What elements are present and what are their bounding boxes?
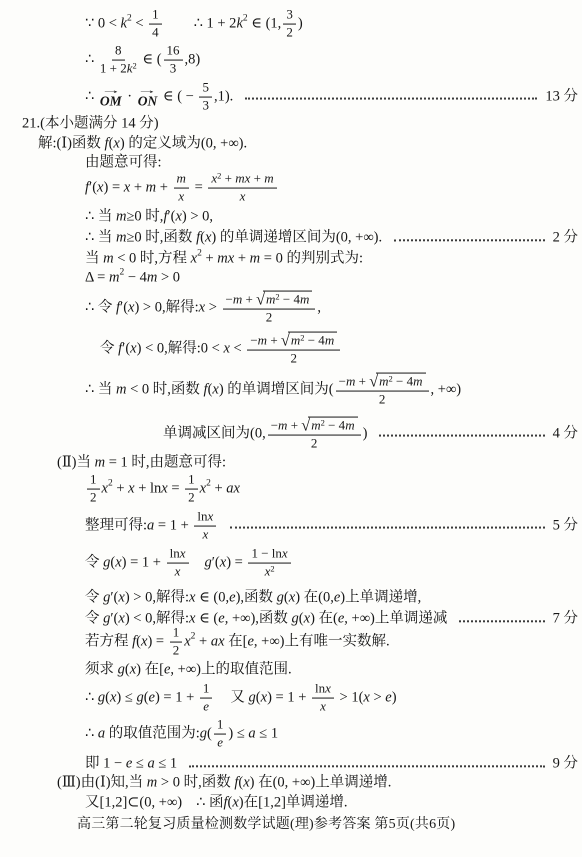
text-run: ,1). bbox=[214, 88, 237, 105]
line-23: 须求 g(x) 在[e, +∞)上的取值范围. bbox=[85, 661, 292, 678]
fraction: 1e bbox=[214, 718, 227, 751]
text-run: = 1 时,由题意可得: bbox=[105, 454, 226, 471]
text-run: ) > 0,解得: bbox=[125, 589, 189, 606]
math-var: m bbox=[146, 179, 156, 196]
line-11: Δ = m2 − 4m > 0 bbox=[85, 269, 180, 286]
text-run: ) = bbox=[103, 179, 123, 196]
math-var: m bbox=[258, 333, 267, 348]
line-27: (Ⅲ)由(Ⅰ)知,当 m > 0 时,函数 f(x) 在(0, +∞)上单调递增… bbox=[57, 774, 391, 791]
math-var: m bbox=[233, 292, 242, 307]
math-var: x bbox=[320, 699, 326, 714]
superscript: 2 bbox=[206, 479, 211, 489]
text-run: 1 bbox=[90, 472, 97, 487]
fraction: mx bbox=[174, 172, 189, 205]
text-run: − 4 bbox=[393, 374, 413, 389]
math-var: x bbox=[240, 189, 246, 204]
text-run: 2 分 bbox=[553, 229, 578, 246]
line-17: 12x2 + x + lnx = 12x2 + ax bbox=[85, 473, 240, 506]
text-run: ∴ bbox=[85, 51, 98, 68]
denominator: 3 bbox=[202, 98, 209, 114]
text-run: ) bbox=[392, 689, 397, 706]
text-run: Δ = bbox=[85, 269, 109, 286]
text-run: ∴ 函 bbox=[196, 794, 223, 811]
math-var: g bbox=[136, 689, 143, 706]
square-root: √m2 − 4m bbox=[301, 417, 357, 434]
line-4: 21.(本小题满分 14 分) bbox=[22, 115, 159, 132]
fraction: 12 bbox=[87, 473, 100, 506]
text-run: ) bbox=[363, 425, 371, 442]
math-var: m bbox=[147, 774, 157, 791]
text-run: ′( bbox=[212, 554, 220, 571]
text-run: < 0 时,方程 bbox=[114, 250, 191, 267]
dotted-leader bbox=[394, 239, 545, 241]
text-run: )在[1,2]单调递增. bbox=[239, 794, 348, 811]
text-run: + bbox=[355, 374, 369, 389]
denominator: 4 bbox=[152, 25, 159, 41]
text-run: + bbox=[195, 633, 210, 650]
math-var: a bbox=[248, 725, 255, 742]
text-run: 若方程 bbox=[85, 633, 132, 650]
text-run: ∴ bbox=[85, 88, 98, 105]
text-run: 1 bbox=[152, 7, 159, 22]
line-22: 若方程 f(x) = 12x2 + ax 在[e, +∞)上有唯一实数解. bbox=[85, 626, 390, 659]
text-run: < bbox=[230, 340, 245, 357]
denominator: x bbox=[240, 189, 246, 205]
line-12: ∴ 令 f′(x) > 0,解得:x > −m + √m2 − 4m2, bbox=[85, 291, 321, 326]
math-var: m bbox=[264, 171, 273, 186]
text-run: ) bbox=[298, 15, 303, 32]
text-run: 须求 bbox=[85, 661, 118, 678]
text-run: 整理可得: bbox=[85, 517, 147, 534]
math-var: m bbox=[116, 381, 126, 398]
text-run: 2 bbox=[311, 436, 318, 451]
numerator: 1 bbox=[200, 682, 213, 699]
line-13: 令 f′(x) < 0,解得:0 < x < −m + √m2 − 4m2 bbox=[100, 332, 342, 367]
denominator: 2 bbox=[266, 310, 273, 326]
text-run: 13 分 bbox=[545, 88, 578, 105]
vector-arrow-icon: → bbox=[100, 86, 121, 94]
numerator: lnx bbox=[194, 510, 216, 527]
text-run: )上单调递增, bbox=[340, 589, 421, 606]
numerator: 16 bbox=[164, 44, 183, 61]
text-run: 令 bbox=[85, 554, 103, 571]
fraction: 14 bbox=[149, 8, 162, 41]
text-run: < 0 时,函数 bbox=[126, 381, 203, 398]
vector: →OM bbox=[100, 86, 122, 108]
math-var: e bbox=[217, 735, 223, 750]
line-16: (Ⅱ)当 m = 1 时,由题意可得: bbox=[57, 454, 226, 471]
math-var: m bbox=[346, 374, 355, 389]
math-var: m bbox=[95, 454, 105, 471]
line-18: 整理可得:a = 1 + lnxx 5 分 bbox=[85, 510, 578, 543]
text-run: 1 − ln bbox=[251, 546, 281, 561]
text-run: 7 分 bbox=[553, 610, 578, 627]
fraction: x2 + mx + mx bbox=[208, 172, 276, 205]
text-run: 当 bbox=[85, 250, 103, 267]
fraction: 163 bbox=[164, 44, 183, 77]
text-run: ) 在[ bbox=[136, 661, 164, 678]
text-run: · bbox=[124, 88, 136, 105]
text-run: ) = 1 + bbox=[122, 554, 165, 571]
radical-sign-icon: √ bbox=[301, 418, 310, 434]
math-var: m bbox=[147, 269, 157, 286]
page-footer: 高三第二轮复习质量检测数学试题(理)参考答案 第5页(共6页) bbox=[77, 813, 455, 833]
text-run: 2 bbox=[266, 310, 273, 325]
superscript: 2 bbox=[108, 479, 113, 489]
text-run: (Ⅲ)由(Ⅰ)知,当 bbox=[57, 774, 147, 791]
text-run: ) > 0,解得: bbox=[134, 299, 198, 316]
text-run: , bbox=[317, 299, 321, 316]
numerator: 3 bbox=[283, 8, 296, 25]
denominator: 2 bbox=[90, 490, 97, 506]
dotted-leader bbox=[379, 435, 545, 437]
text-run: 1 bbox=[217, 717, 224, 732]
text-run: ∵ 0 < bbox=[85, 15, 121, 32]
text-run: 令 bbox=[85, 589, 103, 606]
numerator: 5 bbox=[199, 81, 212, 98]
text-run: + bbox=[202, 250, 217, 267]
dotted-leader bbox=[245, 98, 537, 100]
denominator: 2 bbox=[291, 351, 298, 367]
text-run: ∴ 1 + 2 bbox=[194, 15, 237, 32]
math-var: x bbox=[178, 189, 184, 204]
numerator: lnx bbox=[167, 547, 189, 564]
text-run: + bbox=[242, 292, 256, 307]
radicand: m2 − 4m bbox=[263, 291, 312, 308]
dotted-leader bbox=[459, 620, 545, 622]
numerator: −m + √m2 − 4m bbox=[336, 373, 429, 392]
spacer bbox=[182, 802, 196, 803]
superscript: 2 bbox=[197, 249, 202, 259]
text-run: − 4 bbox=[325, 418, 345, 433]
fraction: −m + √m2 − 4m2 bbox=[268, 417, 361, 452]
text-run: 4 bbox=[152, 25, 159, 40]
math-var: e bbox=[203, 699, 209, 714]
fraction: lnxx bbox=[194, 510, 216, 543]
text-run: + bbox=[287, 418, 301, 433]
text-run: + bbox=[267, 333, 281, 348]
numerator: 8 bbox=[112, 44, 125, 61]
text-run: ,8) bbox=[185, 51, 201, 68]
text-run: 8 bbox=[115, 43, 122, 58]
math-var: m bbox=[177, 171, 186, 186]
text-run: ≥0 时,函数 bbox=[126, 229, 196, 246]
text-run: 2 bbox=[90, 490, 97, 505]
line-3: ∴ →OM · →ON ∈ ( − 53,1). 13 分 bbox=[85, 81, 578, 114]
text-run: 即 1 − bbox=[85, 755, 126, 772]
math-var: ax bbox=[226, 480, 240, 497]
text-run: > bbox=[370, 689, 385, 706]
math-var: x bbox=[175, 564, 181, 579]
numerator: 1 bbox=[87, 473, 100, 490]
text-run: − 4 bbox=[124, 269, 147, 286]
text-run: ≥0 时, bbox=[126, 208, 163, 225]
line-26: 即 1 − e ≤ a ≤ 1 9 分 bbox=[85, 755, 578, 772]
text-run: ) 的单调递增区间为(0, +∞). bbox=[211, 229, 385, 246]
text-run: + bbox=[234, 250, 249, 267]
superscript: 2 bbox=[127, 14, 132, 24]
text-run: = bbox=[191, 179, 206, 196]
denominator: 2 bbox=[286, 25, 293, 41]
dotted-leader bbox=[189, 765, 545, 767]
superscript: 2 bbox=[389, 374, 393, 384]
square-root: √m2 − 4m bbox=[281, 332, 337, 349]
text-run: (Ⅱ)当 bbox=[57, 454, 95, 471]
dotted-leader bbox=[230, 527, 545, 529]
math-var: x bbox=[202, 527, 208, 542]
denominator: 2 bbox=[379, 392, 386, 408]
text-run: , +∞)上有唯一实数解. bbox=[254, 633, 390, 650]
numerator: 1 bbox=[170, 626, 183, 643]
line-8: ∴ 当 m≥0 时,f′(x) > 0, bbox=[85, 208, 213, 225]
numerator: −m + √m2 − 4m bbox=[223, 291, 316, 310]
text-run: 令 bbox=[100, 340, 118, 357]
text-run: 4 分 bbox=[553, 425, 578, 442]
math-var: mx bbox=[217, 250, 234, 267]
radical-sign-icon: √ bbox=[281, 333, 290, 349]
denominator: 2 bbox=[311, 436, 318, 452]
denominator: 3 bbox=[170, 61, 177, 77]
math-var: g bbox=[103, 589, 110, 606]
text-run: ∴ 当 bbox=[85, 229, 116, 246]
text-run: ) 在(0, +∞)上单调递增. bbox=[250, 774, 392, 791]
text-run: > 1( bbox=[336, 689, 364, 706]
text-run: 2 bbox=[188, 490, 195, 505]
fraction: lnxx bbox=[312, 682, 334, 715]
math-var: g bbox=[249, 689, 256, 706]
math-var: m bbox=[103, 250, 113, 267]
text-run: 5 bbox=[202, 80, 209, 95]
line-6: 由题意可得: bbox=[85, 154, 162, 171]
math-var: m bbox=[266, 292, 275, 307]
fraction: 32 bbox=[283, 8, 296, 41]
text-run: , +∞)上的取值范围. bbox=[170, 661, 291, 678]
text-run: ≤ bbox=[132, 755, 147, 772]
math-var: mx bbox=[235, 171, 250, 186]
line-10: 当 m < 0 时,方程 x2 + mx + m = 0 的判别式为: bbox=[85, 250, 363, 267]
line-14: ∴ 当 m < 0 时,函数 f(x) 的单调增区间为(−m + √m2 − 4… bbox=[85, 373, 461, 408]
vector: →ON bbox=[138, 86, 158, 108]
fraction: −m + √m2 − 4m2 bbox=[336, 373, 429, 408]
text-run: 9 分 bbox=[553, 755, 578, 772]
text-run: 1 bbox=[203, 681, 210, 696]
math-var: g bbox=[200, 725, 207, 742]
numerator: lnx bbox=[312, 682, 334, 699]
math-var: x bbox=[208, 509, 214, 524]
text-run: > 0 时,函数 bbox=[157, 774, 234, 791]
numerator: 1 bbox=[214, 718, 227, 735]
math-var: x bbox=[282, 546, 288, 561]
text-run: ∈ (1, bbox=[248, 15, 282, 32]
text-run: + bbox=[221, 171, 235, 186]
text-run: 21.(本小题满分 14 分) bbox=[22, 115, 159, 132]
radicand: m2 − 4m bbox=[288, 332, 337, 349]
text-run: ) 的单调增区间为( bbox=[219, 381, 334, 398]
denominator: 2 bbox=[188, 490, 195, 506]
text-run: ln bbox=[315, 681, 325, 696]
math-var: g bbox=[277, 589, 284, 606]
math-var: m bbox=[413, 374, 422, 389]
text-run: ′( bbox=[120, 299, 128, 316]
text-run bbox=[218, 517, 222, 534]
vector-name: ON bbox=[138, 94, 158, 108]
square-root: √m2 − 4m bbox=[369, 373, 425, 390]
line-24: ∴ g(x) ≤ g(e) = 1 + 1e又 g(x) = 1 + lnxx … bbox=[85, 682, 397, 715]
text-run: < bbox=[132, 15, 147, 32]
vector-arrow-icon: → bbox=[137, 86, 158, 94]
fraction: 12 bbox=[185, 473, 198, 506]
fraction: 1 − lnxx2 bbox=[248, 547, 290, 580]
superscript: 2 bbox=[243, 14, 248, 24]
text-run: − bbox=[339, 374, 346, 389]
text-run: ∴ 令 bbox=[85, 299, 116, 316]
text-run: ∴ bbox=[85, 689, 98, 706]
document-page: ∵ 0 < k2 < 14∴ 1 + 2k2 ∈ (1,32)∴ 81 + 2k… bbox=[0, 0, 582, 857]
text-run: ) > 0, bbox=[182, 208, 213, 225]
numerator: 1 bbox=[149, 8, 162, 25]
math-var: a bbox=[98, 725, 105, 742]
spacer bbox=[164, 24, 194, 25]
line-19: 令 g(x) = 1 + lnxxg′(x) = 1 − lnxx2 bbox=[85, 547, 293, 580]
text-run: 又[1,2]⊂(0, +∞) bbox=[85, 794, 182, 811]
math-var: g bbox=[205, 554, 212, 571]
square-root: √m2 − 4m bbox=[256, 291, 312, 308]
math-var: m bbox=[325, 333, 334, 348]
fraction: 1e bbox=[200, 682, 213, 715]
line-28: 又[1,2]⊂(0, +∞)∴ 函f(x)在[1,2]单调递增. bbox=[85, 794, 348, 811]
math-var: m bbox=[311, 418, 320, 433]
math-var: m bbox=[109, 269, 119, 286]
radical-sign-icon: √ bbox=[256, 292, 265, 308]
superscript: 2 bbox=[119, 268, 124, 278]
text-run: 的取值范围为: bbox=[105, 725, 200, 742]
math-var: a bbox=[147, 517, 154, 534]
text-run: ),函数 bbox=[236, 589, 277, 606]
solution-body: ∵ 0 < k2 < 14∴ 1 + 2k2 ∈ (1,32)∴ 81 + 2k… bbox=[0, 0, 582, 857]
text-run: 5 分 bbox=[553, 517, 578, 534]
text-run: > bbox=[205, 299, 220, 316]
numerator: −m + √m2 − 4m bbox=[247, 332, 340, 351]
numerator: x2 + mx + m bbox=[208, 172, 276, 189]
text-run: 3 bbox=[170, 61, 177, 76]
text-run: − 4 bbox=[304, 333, 324, 348]
fraction: lnxx bbox=[167, 547, 189, 580]
text-run: − bbox=[271, 418, 278, 433]
text-run: 2 bbox=[286, 25, 293, 40]
fraction: 53 bbox=[199, 81, 212, 114]
text-run: 解:(Ⅰ)函数 bbox=[38, 135, 105, 152]
text-run: , +∞) bbox=[431, 381, 462, 398]
line-25: ∴ a 的取值范围为:g(1e) ≤ a ≤ 1 bbox=[85, 718, 278, 751]
text-run: = bbox=[168, 480, 183, 497]
line-15: 单调减区间为(0,−m + √m2 − 4m2) 4 分 bbox=[163, 417, 578, 452]
line-1: ∵ 0 < k2 < 14∴ 1 + 2k2 ∈ (1,32) bbox=[85, 8, 303, 41]
denominator: 1 + 2k2 bbox=[100, 61, 137, 77]
spacer bbox=[214, 698, 230, 699]
text-run: ln bbox=[197, 509, 207, 524]
math-var: x bbox=[325, 681, 331, 696]
text-run: 单调减区间为(0, bbox=[163, 425, 266, 442]
math-var: x bbox=[180, 546, 186, 561]
math-var: m bbox=[116, 208, 126, 225]
text-run: ∈ ( − bbox=[159, 88, 197, 105]
text-run: ) < 0,解得:0 < bbox=[137, 340, 224, 357]
text-run: ′( bbox=[122, 340, 130, 357]
superscript: 2 bbox=[275, 292, 279, 302]
denominator: e bbox=[217, 735, 223, 751]
denominator: x2 bbox=[265, 564, 275, 580]
math-var: ax bbox=[211, 633, 225, 650]
math-var: g bbox=[98, 689, 105, 706]
math-var: m bbox=[250, 250, 260, 267]
text-run: ∴ bbox=[85, 725, 98, 742]
superscript: 2 bbox=[191, 632, 196, 642]
denominator: e bbox=[203, 699, 209, 715]
numerator: 1 bbox=[185, 473, 198, 490]
text-run: 16 bbox=[167, 43, 180, 58]
text-run: = 1 + bbox=[154, 517, 192, 534]
text-run: > 0 bbox=[157, 269, 180, 286]
text-run: + bbox=[130, 179, 145, 196]
text-run: + bbox=[113, 480, 128, 497]
text-run: 2 bbox=[291, 351, 298, 366]
text-run: 3 bbox=[202, 98, 209, 113]
math-var: m bbox=[300, 292, 309, 307]
text-run: ) = 1 + bbox=[267, 689, 310, 706]
text-run: ( bbox=[207, 725, 212, 742]
superscript: 2 bbox=[321, 418, 325, 428]
text-run: ) ≤ bbox=[228, 725, 248, 742]
math-var: m bbox=[379, 374, 388, 389]
text-run: ) 在(0, bbox=[295, 589, 334, 606]
line-9: ∴ 当 m≥0 时,函数 f(x) 的单调递增区间为(0, +∞). 2 分 bbox=[85, 229, 578, 246]
math-var: m bbox=[345, 418, 354, 433]
numerator: −m + √m2 − 4m bbox=[268, 417, 361, 436]
numerator: m bbox=[174, 172, 189, 189]
text-run: + bbox=[250, 171, 264, 186]
fraction: 12 bbox=[170, 626, 183, 659]
denominator: 2 bbox=[173, 643, 180, 659]
text-run: 2 bbox=[379, 392, 386, 407]
text-run: ∴ 当 bbox=[85, 208, 116, 225]
math-var: g bbox=[103, 554, 110, 571]
text-run: 在[ bbox=[225, 633, 248, 650]
text-run: + bbox=[211, 480, 226, 497]
line-7: f′(x) = x + m + mx = x2 + mx + mx bbox=[85, 172, 279, 205]
text-run: − 4 bbox=[280, 292, 300, 307]
math-var: g bbox=[118, 661, 125, 678]
text-run: + bbox=[156, 179, 171, 196]
text-run: 1 bbox=[173, 625, 180, 640]
denominator: x bbox=[175, 564, 181, 580]
superscript: 2 bbox=[132, 61, 136, 71]
text-run: ≤ 1 bbox=[256, 725, 278, 742]
fraction: 81 + 2k2 bbox=[100, 44, 137, 77]
text-run: = 0 的判别式为: bbox=[260, 250, 363, 267]
text-run: ln bbox=[170, 546, 180, 561]
math-var: m bbox=[116, 229, 126, 246]
text-run: 又 bbox=[230, 689, 248, 706]
text-run: ∈ (0, bbox=[195, 589, 229, 606]
text-run: ∈ ( bbox=[139, 51, 162, 68]
text-run: ) = 1 + bbox=[155, 689, 198, 706]
math-var: a bbox=[147, 755, 154, 772]
spacer bbox=[191, 563, 205, 564]
radicand: m2 − 4m bbox=[308, 417, 357, 434]
fraction: −m + √m2 − 4m2 bbox=[223, 291, 316, 326]
text-run: 2 bbox=[173, 643, 180, 658]
line-2: ∴ 81 + 2k2 ∈ (163,8) bbox=[85, 44, 200, 77]
